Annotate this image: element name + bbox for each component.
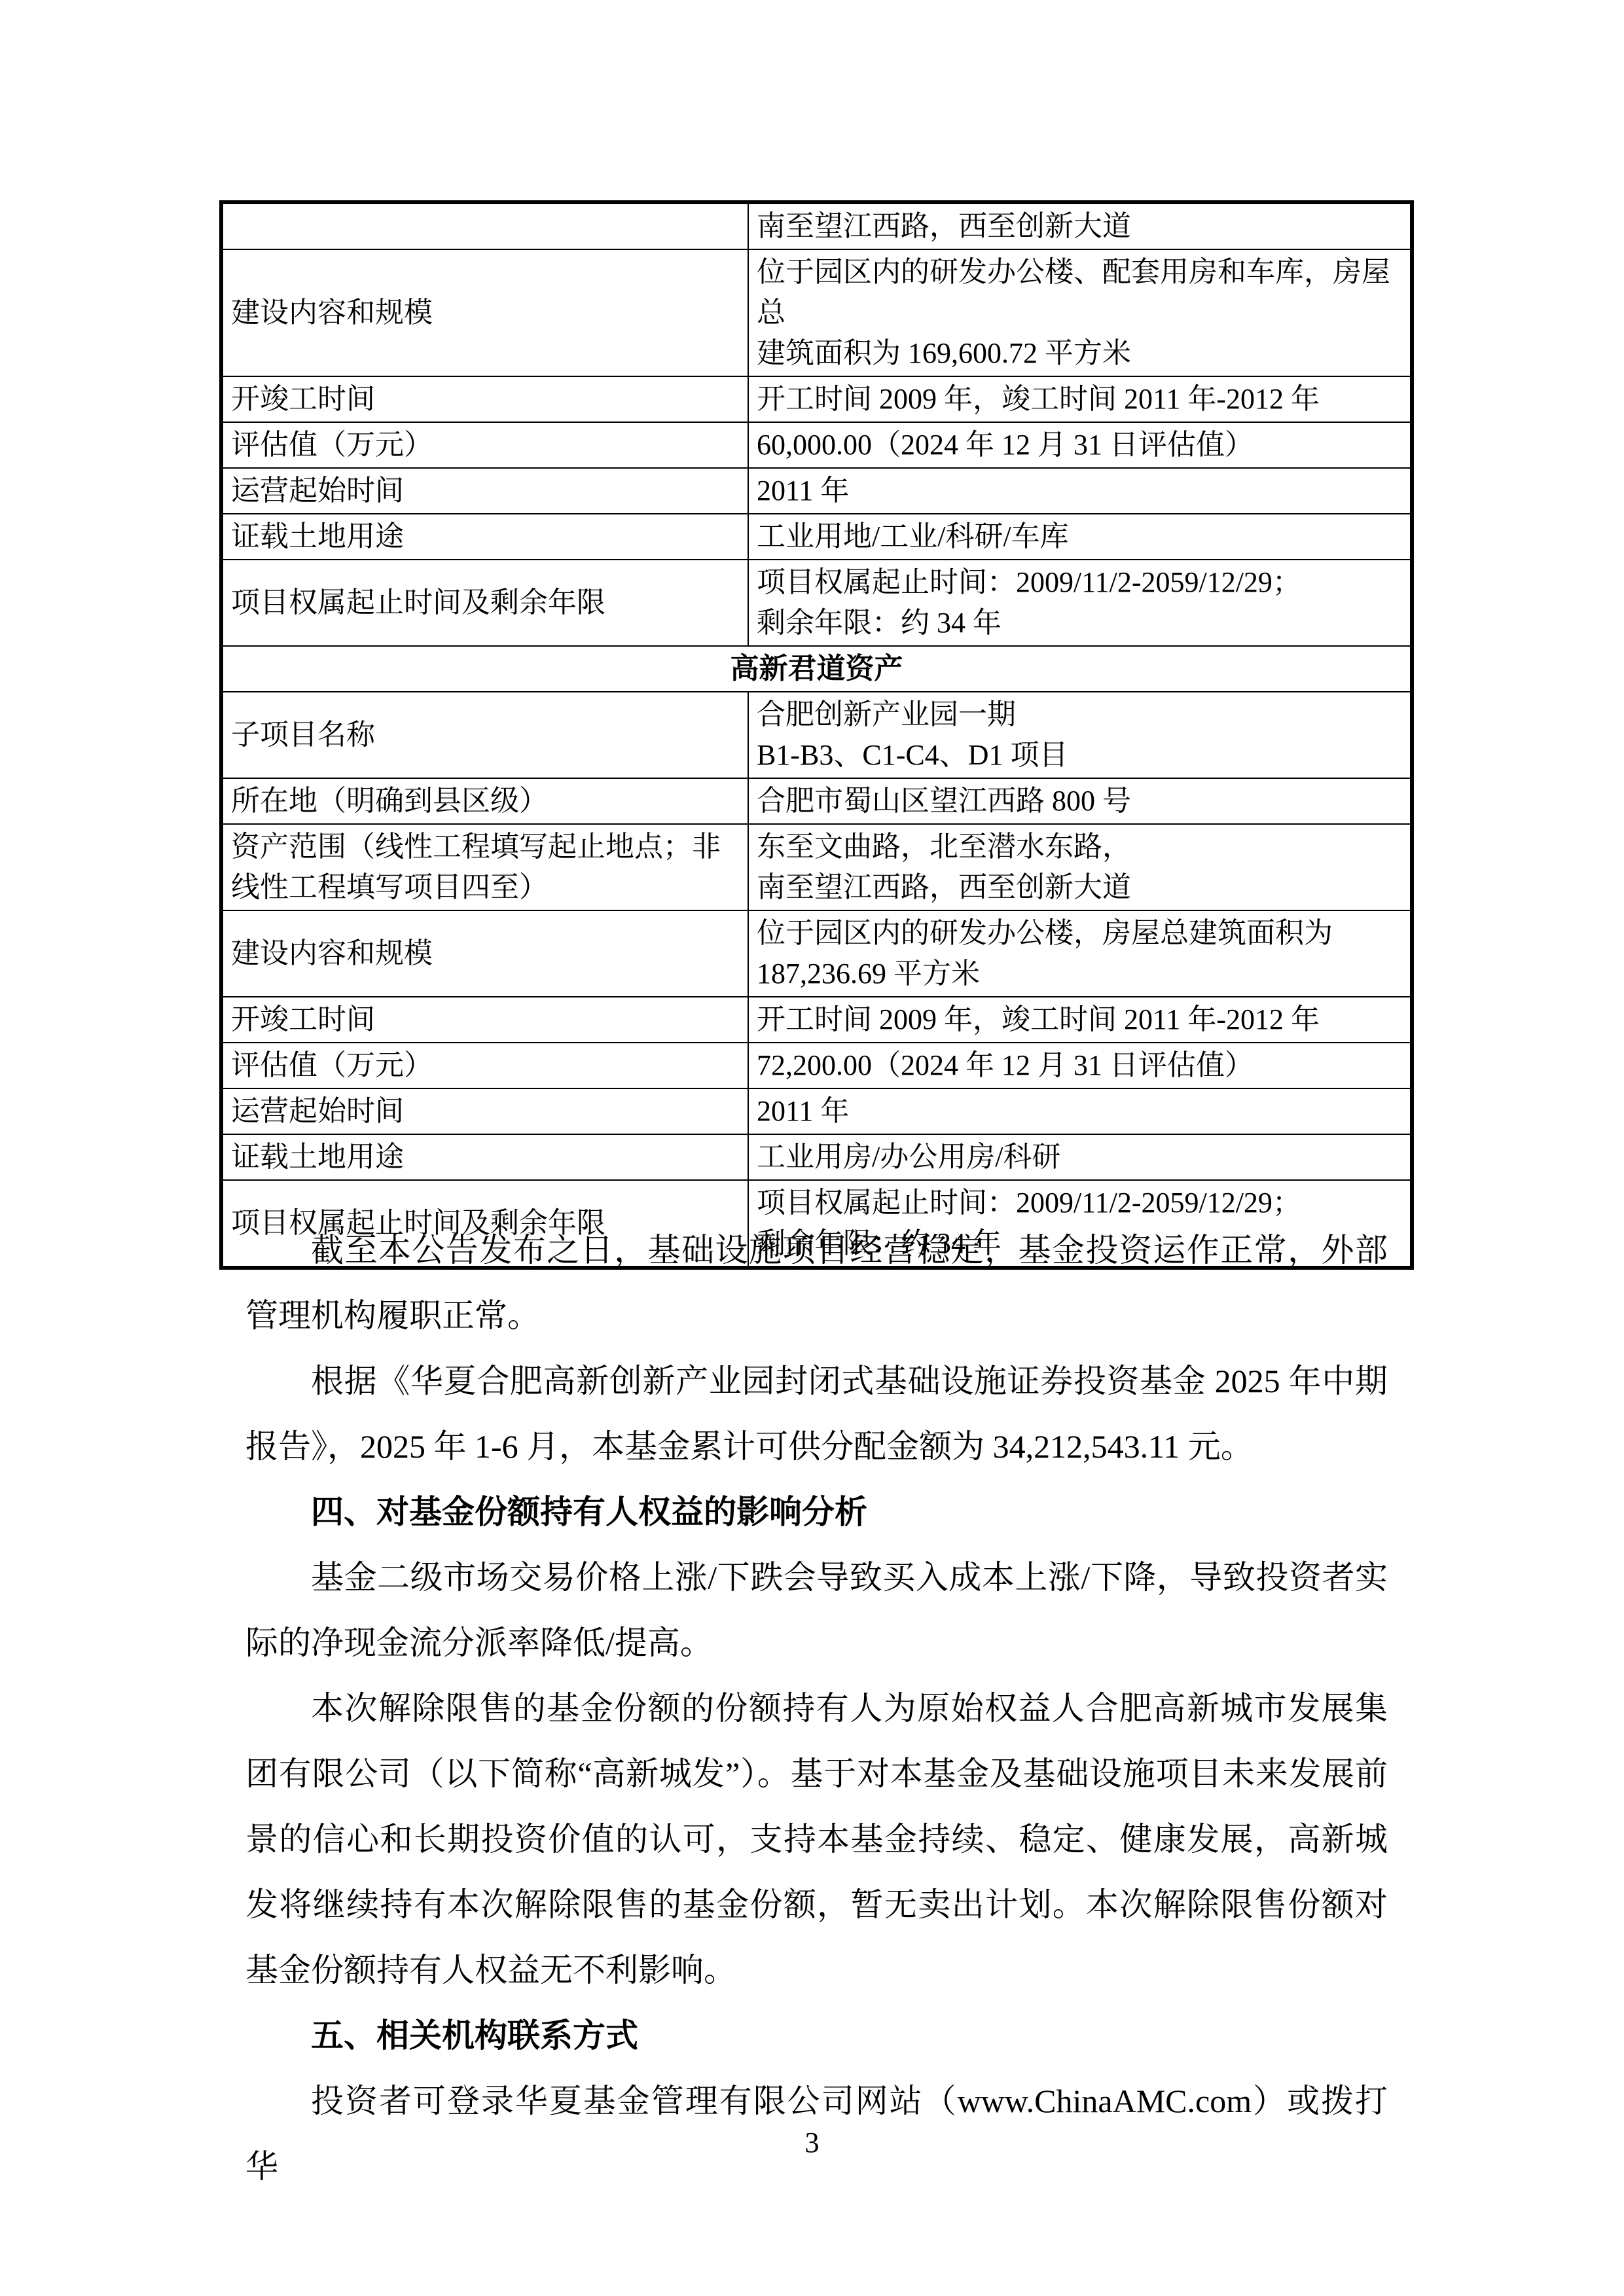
paragraph: 本次解除限售的基金份额的份额持有人为原始权益人合肥高新城市发展集团有限公司（以下… — [245, 1676, 1388, 2003]
section-header-cell: 高新君道资产 — [221, 646, 1412, 692]
row-value: 开工时间 2009 年，竣工时间 2011 年-2012 年 — [748, 997, 1412, 1043]
row-label: 子项目名称 — [221, 692, 748, 778]
row-value: 2011 年 — [748, 1088, 1412, 1134]
row-value: 开工时间 2009 年，竣工时间 2011 年-2012 年 — [748, 376, 1412, 422]
table-row: 开竣工时间 开工时间 2009 年，竣工时间 2011 年-2012 年 — [221, 376, 1412, 422]
row-value: 2011 年 — [748, 468, 1412, 514]
table-row: 南至望江西路，西至创新大道 — [221, 202, 1412, 249]
table-section-header-row: 高新君道资产 — [221, 646, 1412, 692]
row-label: 证载土地用途 — [221, 514, 748, 560]
document-page: 南至望江西路，西至创新大道 建设内容和规模 位于园区内的研发办公楼、配套用房和车… — [0, 0, 1624, 2296]
section-heading-4: 四、对基金份额持有人权益的影响分析 — [245, 1479, 1388, 1545]
table-row: 建设内容和规模 位于园区内的研发办公楼、配套用房和车库，房屋总 建筑面积为 16… — [221, 249, 1412, 376]
row-value: 位于园区内的研发办公楼，房屋总建筑面积为 187,236.69 平方米 — [748, 910, 1412, 997]
row-label: 所在地（明确到县区级） — [221, 778, 748, 824]
row-label: 运营起始时间 — [221, 468, 748, 514]
row-label: 建设内容和规模 — [221, 249, 748, 376]
row-value: 合肥市蜀山区望江西路 800 号 — [748, 778, 1412, 824]
body-text-block: 截至本公告发布之日，基础设施项目经营稳定，基金投资运作正常，外部管理机构履职正常… — [245, 1217, 1388, 2199]
table-row: 评估值（万元） 72,200.00（2024 年 12 月 31 日评估值） — [221, 1043, 1412, 1088]
paragraph: 基金二级市场交易价格上涨/下跌会导致买入成本上涨/下降，导致投资者实际的净现金流… — [245, 1545, 1388, 1676]
section-heading-5: 五、相关机构联系方式 — [245, 2003, 1388, 2068]
row-label: 评估值（万元） — [221, 1043, 748, 1088]
row-label: 项目权属起止时间及剩余年限 — [221, 560, 748, 646]
row-value: 72,200.00（2024 年 12 月 31 日评估值） — [748, 1043, 1412, 1088]
table-row: 开竣工时间 开工时间 2009 年，竣工时间 2011 年-2012 年 — [221, 997, 1412, 1043]
row-value: 项目权属起止时间：2009/11/2-2059/12/29； 剩余年限：约 34… — [748, 560, 1412, 646]
paragraph: 根据《华夏合肥高新创新产业园封闭式基础设施证券投资基金 2025 年中期报告》，… — [245, 1348, 1388, 1479]
row-label: 开竣工时间 — [221, 997, 748, 1043]
table-row: 资产范围（线性工程填写起止地点；非线性工程填写项目四至） 东至文曲路，北至潜水东… — [221, 824, 1412, 910]
row-label: 建设内容和规模 — [221, 910, 748, 997]
table-row: 证载土地用途 工业用房/办公用房/科研 — [221, 1134, 1412, 1180]
row-value: 工业用房/办公用房/科研 — [748, 1134, 1412, 1180]
row-label: 证载土地用途 — [221, 1134, 748, 1180]
table-row: 评估值（万元） 60,000.00（2024 年 12 月 31 日评估值） — [221, 422, 1412, 468]
table-row: 子项目名称 合肥创新产业园一期 B1-B3、C1-C4、D1 项目 — [221, 692, 1412, 778]
row-value: 工业用地/工业/科研/车库 — [748, 514, 1412, 560]
table-row: 项目权属起止时间及剩余年限 项目权属起止时间：2009/11/2-2059/12… — [221, 560, 1412, 646]
row-value: 合肥创新产业园一期 B1-B3、C1-C4、D1 项目 — [748, 692, 1412, 778]
row-value: 南至望江西路，西至创新大道 — [748, 202, 1412, 249]
asset-table: 南至望江西路，西至创新大道 建设内容和规模 位于园区内的研发办公楼、配套用房和车… — [219, 200, 1414, 1270]
row-value: 位于园区内的研发办公楼、配套用房和车库，房屋总 建筑面积为 169,600.72… — [748, 249, 1412, 376]
row-label: 运营起始时间 — [221, 1088, 748, 1134]
row-label: 资产范围（线性工程填写起止地点；非线性工程填写项目四至） — [221, 824, 748, 910]
table-row: 建设内容和规模 位于园区内的研发办公楼，房屋总建筑面积为 187,236.69 … — [221, 910, 1412, 997]
row-label: 开竣工时间 — [221, 376, 748, 422]
row-label: 评估值（万元） — [221, 422, 748, 468]
table-row: 运营起始时间 2011 年 — [221, 468, 1412, 514]
paragraph: 截至本公告发布之日，基础设施项目经营稳定，基金投资运作正常，外部管理机构履职正常… — [245, 1217, 1388, 1348]
row-label — [221, 202, 748, 249]
row-value: 60,000.00（2024 年 12 月 31 日评估值） — [748, 422, 1412, 468]
table-row: 所在地（明确到县区级） 合肥市蜀山区望江西路 800 号 — [221, 778, 1412, 824]
row-value: 东至文曲路，北至潜水东路， 南至望江西路，西至创新大道 — [748, 824, 1412, 910]
table-row: 证载土地用途 工业用地/工业/科研/车库 — [221, 514, 1412, 560]
table-row: 运营起始时间 2011 年 — [221, 1088, 1412, 1134]
page-number: 3 — [0, 2126, 1624, 2160]
